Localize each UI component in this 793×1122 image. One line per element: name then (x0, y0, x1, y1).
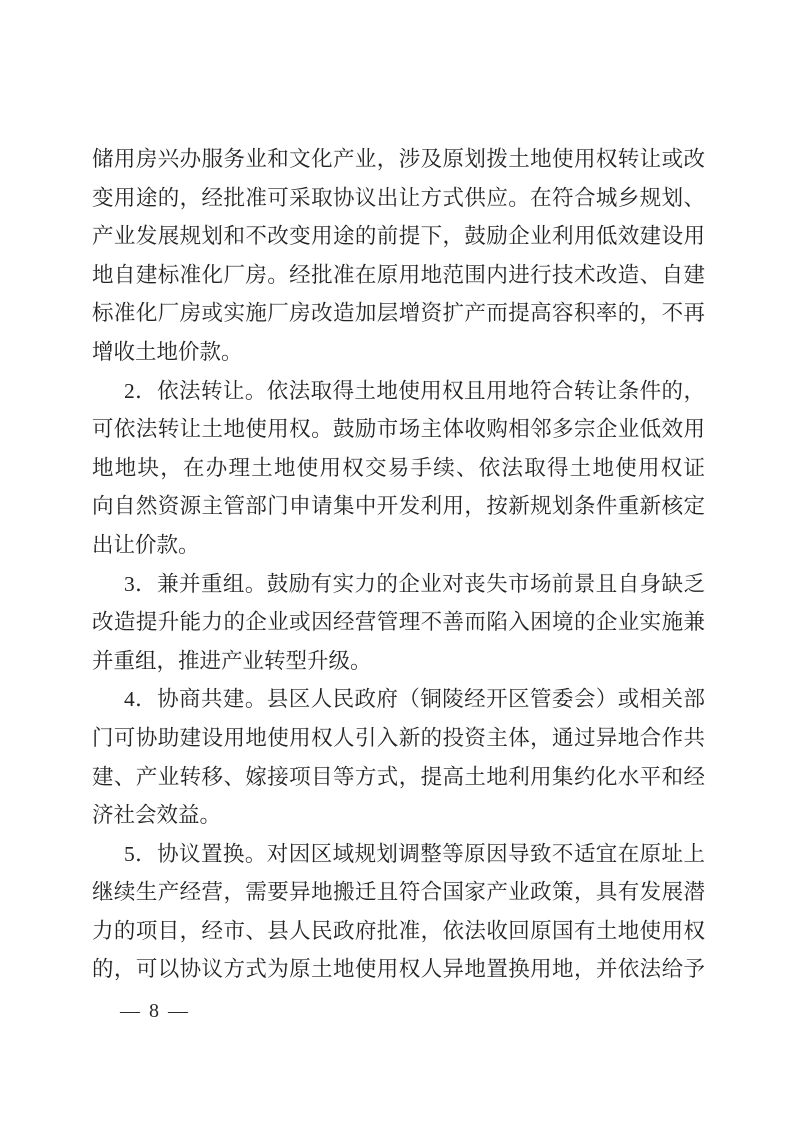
page-number: — 8 — (120, 1000, 190, 1023)
text-line: 变用途的，经批准可采取协议出让方式供应。在符合城乡规划、 (92, 179, 705, 218)
text-line: 地自建标准化厂房。经批准在原用地范围内进行技术改造、自建 (92, 256, 705, 295)
text-line: 标准化厂房或实施厂房改造加层增资扩产而提高容积率的，不再 (92, 294, 705, 333)
text-line: 出让价款。 (92, 526, 705, 565)
text-line: 并重组，推进产业转型升级。 (92, 642, 705, 681)
document-page: 储用房兴办服务业和文化产业，涉及原划拨土地使用权转让或改变用途的，经批准可采取协… (0, 0, 793, 1122)
text-line: 改造提升能力的企业或因经营管理不善而陷入困境的企业实施兼 (92, 603, 705, 642)
text-line: 可依法转让土地使用权。鼓励市场主体收购相邻多宗企业低效用 (92, 410, 705, 449)
text-line: 继续生产经营，需要异地搬迁且符合国家产业政策，具有发展潜 (92, 873, 705, 912)
text-line: 济社会效益。 (92, 796, 705, 835)
text-line: 增收土地价款。 (92, 333, 705, 372)
text-line: 4．协商共建。县区人民政府（铜陵经开区管委会）或相关部 (92, 680, 705, 719)
text-line: 门可协助建设用地使用权人引入新的投资主体，通过异地合作共 (92, 719, 705, 758)
body-text: 储用房兴办服务业和文化产业，涉及原划拨土地使用权转让或改变用途的，经批准可采取协… (92, 140, 705, 989)
text-line: 地地块，在办理土地使用权交易手续、依法取得土地使用权证后， (92, 449, 705, 488)
text-line: 向自然资源主管部门申请集中开发利用，按新规划条件重新核定 (92, 487, 705, 526)
text-line: 产业发展规划和不改变用途的前提下，鼓励企业利用低效建设用 (92, 217, 705, 256)
text-line: 5．协议置换。对因区域规划调整等原因导致不适宜在原址上 (92, 835, 705, 874)
text-line: 建、产业转移、嫁接项目等方式，提高土地利用集约化水平和经 (92, 758, 705, 797)
text-line: 的，可以协议方式为原土地使用权人异地置换用地，并依法给予 (92, 950, 705, 989)
text-line: 3．兼并重组。鼓励有实力的企业对丧失市场前景且自身缺乏 (92, 565, 705, 604)
text-line: 储用房兴办服务业和文化产业，涉及原划拨土地使用权转让或改 (92, 140, 705, 179)
text-line: 2．依法转让。依法取得土地使用权且用地符合转让条件的， (92, 372, 705, 411)
text-line: 力的项目，经市、县人民政府批准，依法收回原国有土地使用权 (92, 912, 705, 951)
